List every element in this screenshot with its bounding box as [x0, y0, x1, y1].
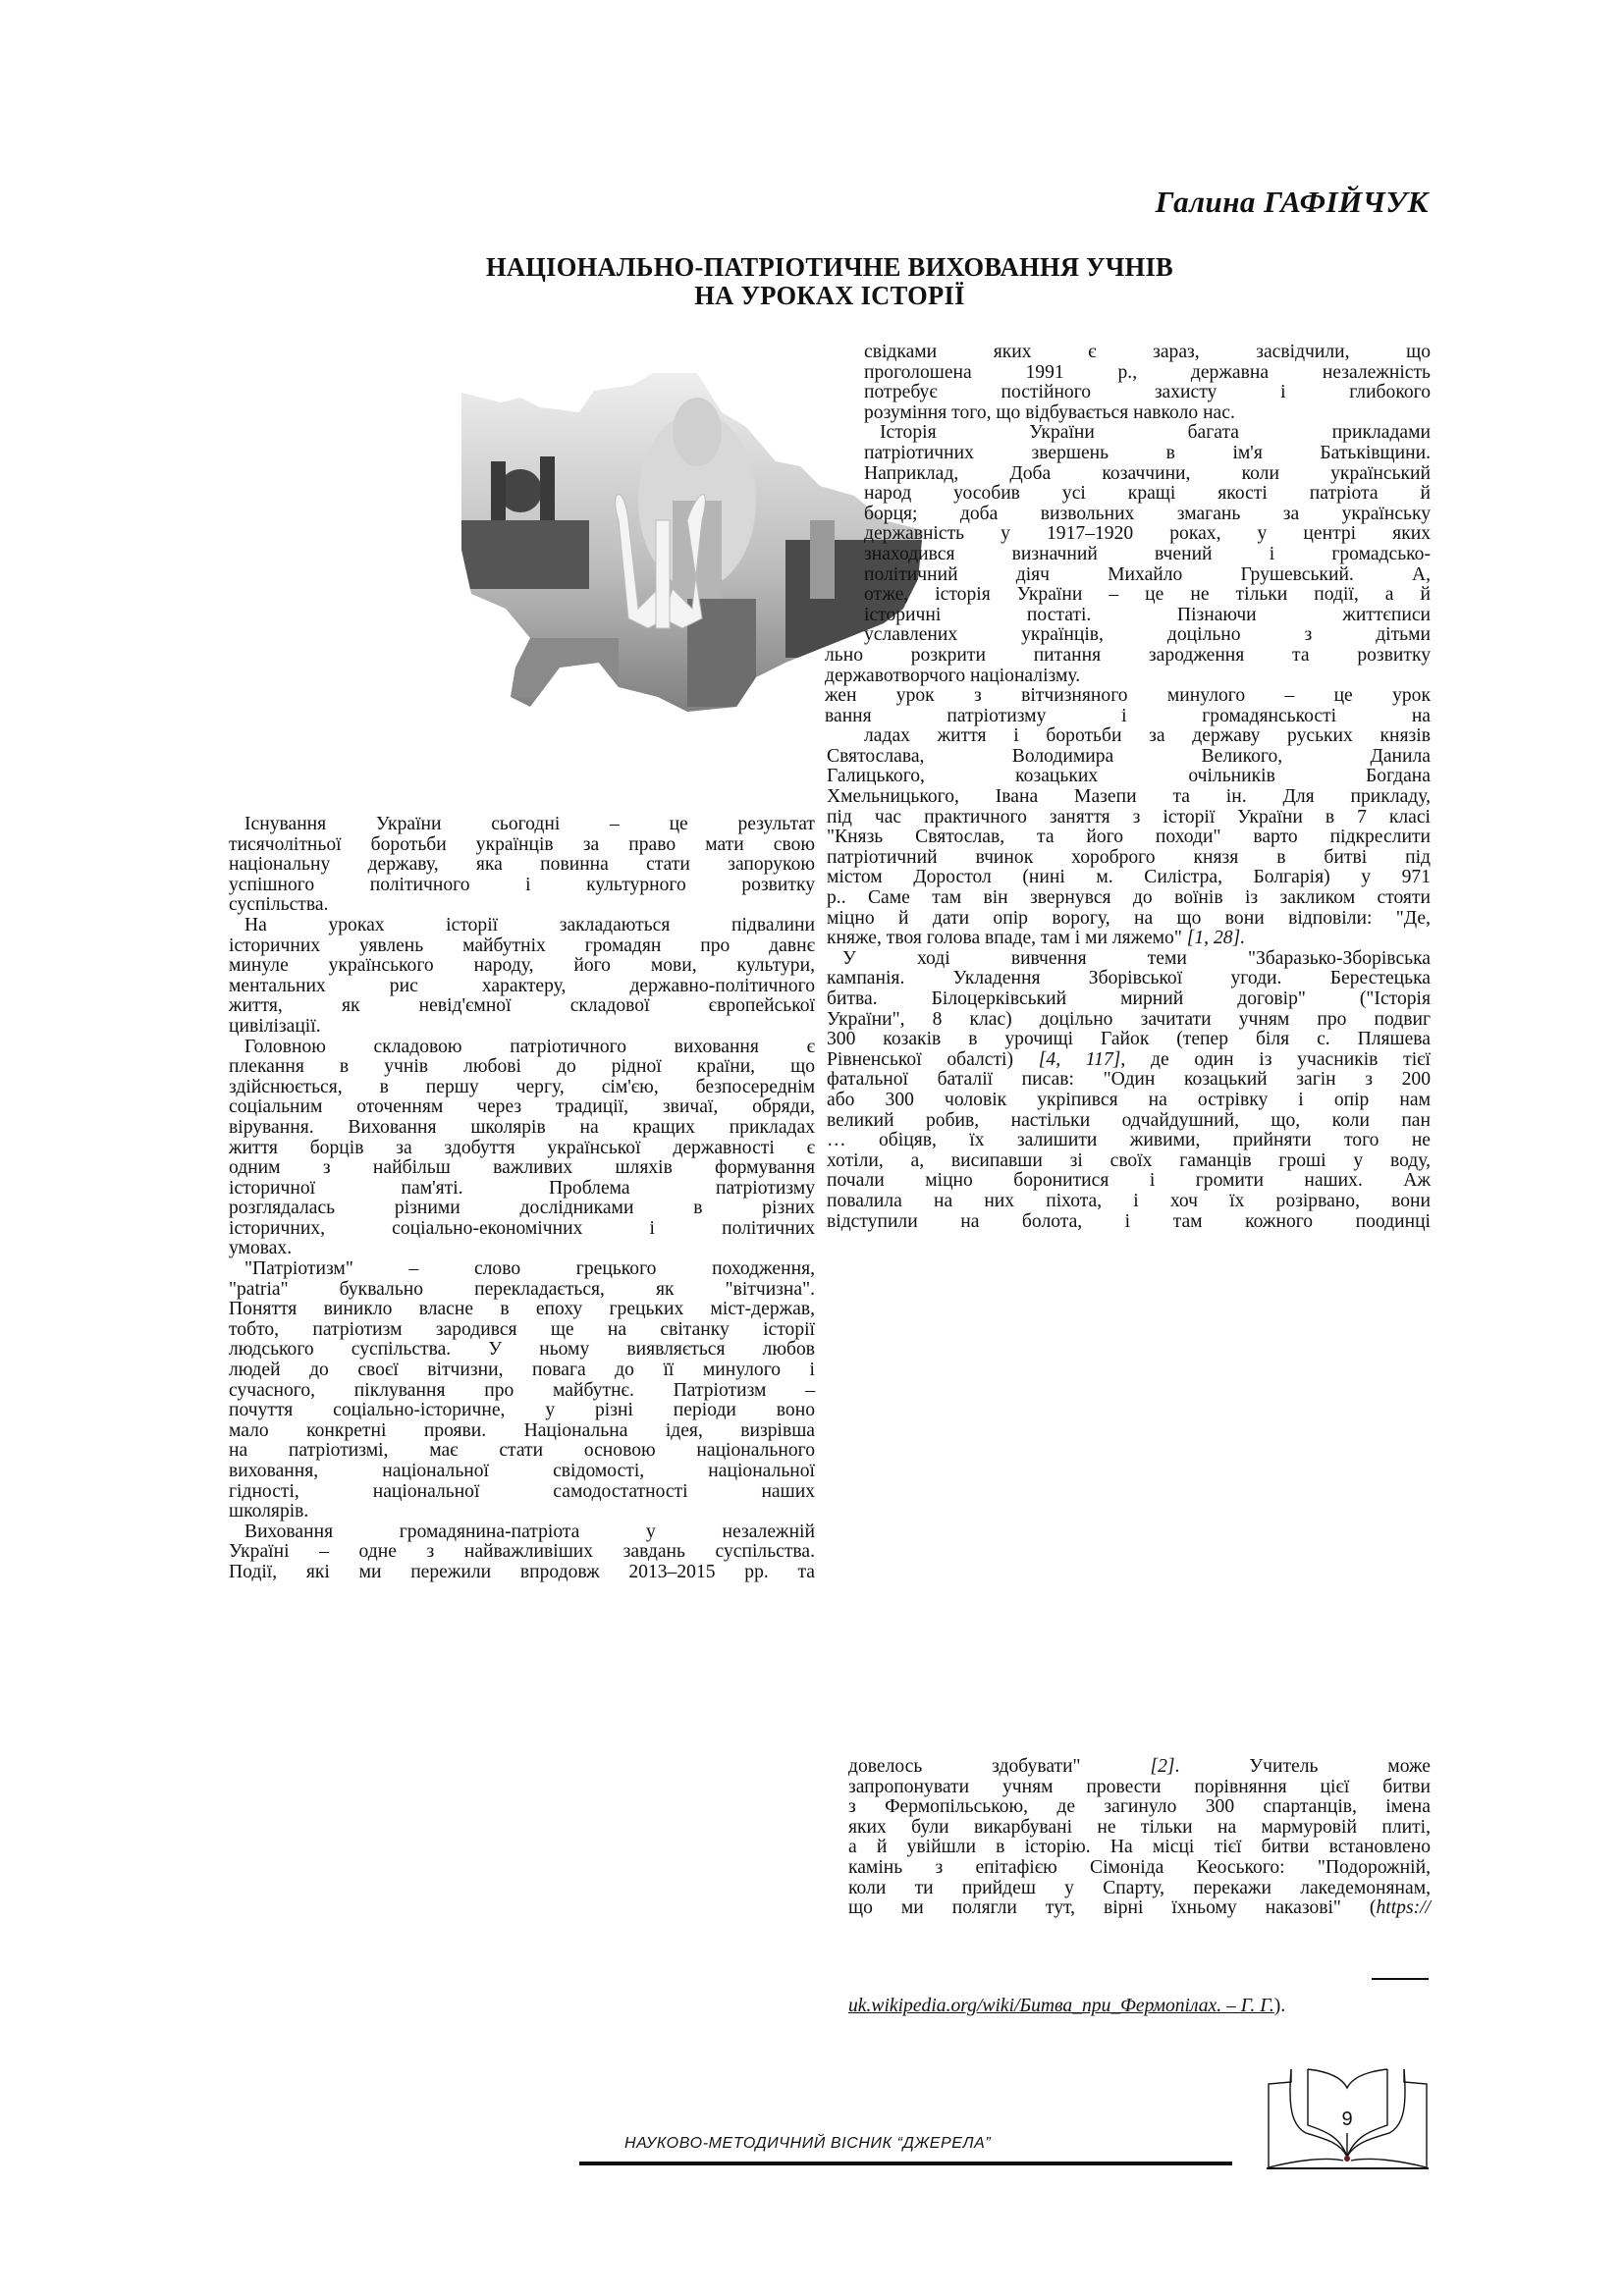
paragraph-line: тобто, патріотизм зародився ще на світан… — [229, 1320, 815, 1341]
paragraph-line: тисячолітньої боротьби українців за прав… — [229, 835, 815, 856]
paragraph-line: здійснюється, в першу чергу, сім'єю, без… — [229, 1078, 815, 1098]
paragraph-line: гідності, національної самодостатності н… — [229, 1482, 815, 1503]
paragraph-line: мало конкретні прояви. Національна ідея,… — [229, 1421, 815, 1442]
title-line-1: НАЦІОНАЛЬНО-ПАТРІОТИЧНЕ ВИХОВАННЯ УЧНІВ — [382, 253, 1276, 282]
overbar-rule — [1372, 1978, 1429, 1980]
paragraph-line: Існування України сьогодні – це результа… — [229, 815, 815, 835]
paragraph-line: отже, історія України – це не тільки под… — [864, 585, 1431, 606]
paragraph-line: школярів. — [229, 1502, 815, 1522]
paragraph-line: почуття соціально-історичне, у різні пер… — [229, 1401, 815, 1421]
paragraph-line: державність у 1917–1920 роках, у центрі … — [864, 524, 1431, 545]
paragraph-line: яких були викарбувані не тільки на марму… — [848, 1818, 1431, 1839]
paragraph-line: На уроках історії закладаються підвалини — [229, 916, 815, 936]
paragraph-line: історичні постаті. Пізнаючи життєписи — [864, 606, 1431, 626]
title-line-2: НА УРОКАХ ІСТОРІЇ — [382, 282, 1276, 310]
paragraph-line: кампанія. Укладення Зборівської угоди. Б… — [827, 969, 1431, 989]
paragraph-line: на патріотизмі, має стати основою націон… — [229, 1441, 815, 1462]
citation: [4, 117] — [1039, 1049, 1121, 1070]
paragraph-line: жен урок з вітчизняного минулого – це ур… — [825, 686, 1431, 707]
paragraph-line: почали міцно боронитися і громити наших.… — [827, 1171, 1431, 1192]
paragraph-line: битва. Білоцерківський мирний договір" (… — [827, 989, 1431, 1010]
paragraph-line: історичних, соціально-економічних і полі… — [229, 1219, 815, 1240]
paragraph-line: "Патріотизм" – слово грецького походженн… — [229, 1259, 815, 1280]
paragraph-line: Виховання громадянина-патріота у незалеж… — [229, 1522, 815, 1543]
paragraph-line: ладах життя і боротьби за державу руськи… — [864, 726, 1431, 747]
url-start-link[interactable]: https:// — [1376, 1897, 1431, 1918]
paragraph-line: коли ти прийдеш у Спарту, перекажи лакед… — [848, 1879, 1431, 1899]
paragraph-line: Події, які ми пережили впродовж 2013–201… — [229, 1563, 815, 1583]
paragraph-line: національну державу, яка повинна стати з… — [229, 855, 815, 876]
article-title: НАЦІОНАЛЬНО-ПАТРІОТИЧНЕ ВИХОВАННЯ УЧНІВ … — [382, 253, 1276, 310]
wikipedia-link[interactable]: uk.wikipedia.org/wiki/Битва_при_Фермопіл… — [848, 1996, 1285, 2017]
paragraph-line: Рівненської обалсті) [4, 117], де один і… — [827, 1050, 1431, 1071]
paragraph-line: відступили на болота, і там кожного поод… — [827, 1212, 1431, 1233]
page-number: 9 — [1327, 2109, 1367, 2131]
paragraph-line: життя, як невід'ємної складової європейс… — [229, 996, 815, 1017]
paragraph-line: вання патріотизму і громадянськості на — [825, 707, 1431, 727]
left-text-column: Існування України сьогодні – це результа… — [229, 815, 815, 1583]
paragraph-line: історичної пам'яті. Проблема патріотизму — [229, 1179, 815, 1200]
paragraph-line: одним з найбільш важливих шляхів формува… — [229, 1158, 815, 1179]
paragraph-line: Галицького, козацьких очільників Богдана — [827, 767, 1431, 787]
footer-rule — [579, 2162, 1232, 2165]
paragraph-line: що ми полягли тут, вірні їхньому наказов… — [848, 1898, 1431, 1919]
paragraph-line: патріотичних звершень в ім'я Батьківщини… — [864, 444, 1431, 464]
paragraph-line: хотіли, а, висипавши зі своїх гаманців г… — [827, 1151, 1431, 1172]
paragraph-line: вірування. Виховання школярів на кращих … — [229, 1118, 815, 1139]
paragraph-line: знаходився визначний вчений і громадсько… — [864, 545, 1431, 565]
paragraph-line: народ уособив усі кращі якості патріота … — [864, 484, 1431, 505]
paragraph-line: ментальних рис характеру, державно-політ… — [229, 977, 815, 997]
paragraph-line: борця; доба визвольних змагань за україн… — [864, 505, 1431, 525]
paragraph-line: … обіцяв, їх залишити живими, прийняти т… — [827, 1131, 1431, 1151]
paragraph-line: Наприклад, Доба козаччини, коли українсь… — [864, 464, 1431, 485]
citation: [2] — [1150, 1756, 1174, 1777]
paragraph-line: виховання, національної свідомості, наці… — [229, 1462, 815, 1482]
paragraph-line: запропонувати учням провести порівняння … — [848, 1778, 1431, 1798]
paragraph-line: проголошена 1991 р., державна незалежніс… — [864, 363, 1431, 384]
paragraph-line: а й увійшли в історію. На місці тієї бит… — [848, 1838, 1431, 1858]
paragraph-line: 300 козаків в урочищі Гайок (тепер біля … — [827, 1030, 1431, 1050]
paragraph-line: державотворчого націоналізму. — [825, 667, 1431, 687]
paragraph-line: містом Доростол (нині м. Силістра, Болга… — [827, 868, 1431, 888]
paragraph-line: України", 8 клас) доцільно зачитати учня… — [827, 1010, 1431, 1031]
paragraph-line: Україні – одне з найважливіших завдань с… — [229, 1542, 815, 1563]
paragraph-line: Святослава, Володимира Великого, Данила — [827, 747, 1431, 768]
paragraph-line: з Фермопільською, де загинуло 300 спарта… — [848, 1797, 1431, 1818]
paragraph-line: міцно й дати опір ворогу, на що вони від… — [827, 909, 1431, 930]
paragraph-line: Поняття виникло власне в епоху грецьких … — [229, 1300, 815, 1320]
paragraph-line: соціальним оточенням через традиції, зви… — [229, 1097, 815, 1118]
paragraph-line: плекання в учнів любові до рідної країни… — [229, 1057, 815, 1078]
paragraph-line: довелось здобувати" [2]. Учитель може — [848, 1757, 1431, 1778]
paragraph-line: "Князь Святослав, та його походи" варто … — [827, 828, 1431, 848]
paragraph-line: людського суспільства. У ньому виявляєть… — [229, 1340, 815, 1361]
paragraph-line: повалила на них піхота, і хоч їх розірва… — [827, 1192, 1431, 1212]
paragraph-line: великий робив, настільки одчайдушний, що… — [827, 1111, 1431, 1132]
paragraph-line: цивілізації. — [229, 1017, 815, 1038]
paragraph-line: політичний діяч Михайло Грушевський. А, — [864, 565, 1431, 586]
paragraph-line: р.. Саме там він звернувся до воїнів із … — [827, 888, 1431, 909]
paragraph-line: "patria" буквально перекладається, як "в… — [229, 1280, 815, 1301]
paragraph-line: життя борців за здобуття української дер… — [229, 1139, 815, 1159]
paragraph-line: під час практичного заняття з історії Ук… — [827, 808, 1431, 828]
paragraph-line: У ході вивчення теми "Збаразько-Зборівсь… — [827, 949, 1431, 970]
paragraph-line: княже, твоя голова впаде, там і ми ляжем… — [827, 929, 1431, 949]
paragraph-line: льно розкрити питання зародження та розв… — [825, 646, 1431, 667]
right-text-column-bottom: довелось здобувати" [2]. Учитель може за… — [848, 1757, 1431, 1919]
paragraph-line: минуле українського народу, його мови, к… — [229, 956, 815, 977]
author-name: Галина ГАФІЙЧУК — [1080, 185, 1429, 220]
paragraph-line: уславлених українців, доцільно з дітьми — [864, 625, 1431, 646]
paragraph-line: Головною складовою патріотичного вихован… — [229, 1038, 815, 1058]
paragraph-line: розуміння того, що відбувається навколо … — [864, 403, 1431, 424]
paragraph-line: суспільства. — [229, 895, 815, 916]
paragraph-line: розглядалась різними дослідниками в різн… — [229, 1199, 815, 1219]
paragraph-line: Хмельницького, Івана Мазепи та ін. Для п… — [827, 787, 1431, 808]
paragraph-line: успішного політичного і культурного розв… — [229, 876, 815, 896]
paragraph-line: умовах. — [229, 1239, 815, 1259]
right-text-column-top: свідками яких є зараз, засвідчили, що пр… — [864, 343, 1431, 1232]
citation: [1, 28]. — [1187, 928, 1245, 948]
paragraph-line: патріотичний вчинок хороброго князя в би… — [827, 848, 1431, 869]
journal-name: НАУКОВО-МЕТОДИЧНИЙ ВІСНИК “ДЖЕРЕЛА” — [624, 2135, 991, 2153]
paragraph-line: камінь з епітафією Сімоніда Кеоського: "… — [848, 1858, 1431, 1879]
paragraph-line: Історія України багата прикладами — [864, 423, 1431, 444]
paragraph-line: людей до своєї вітчизни, повага до її ми… — [229, 1361, 815, 1381]
paragraph-line: або 300 чоловік укріпився на острівку і … — [827, 1091, 1431, 1111]
paragraph-line: потребує постійного захисту і глибокого — [864, 383, 1431, 403]
paragraph-line: сучасного, піклування про майбутнє. Патр… — [229, 1381, 815, 1402]
paragraph-line: фатальної баталії писав: "Один козацький… — [827, 1070, 1431, 1091]
paragraph-line: історичних уявлень майбутніх громадян пр… — [229, 936, 815, 957]
paragraph-line: свідками яких є зараз, засвідчили, що — [864, 343, 1431, 363]
